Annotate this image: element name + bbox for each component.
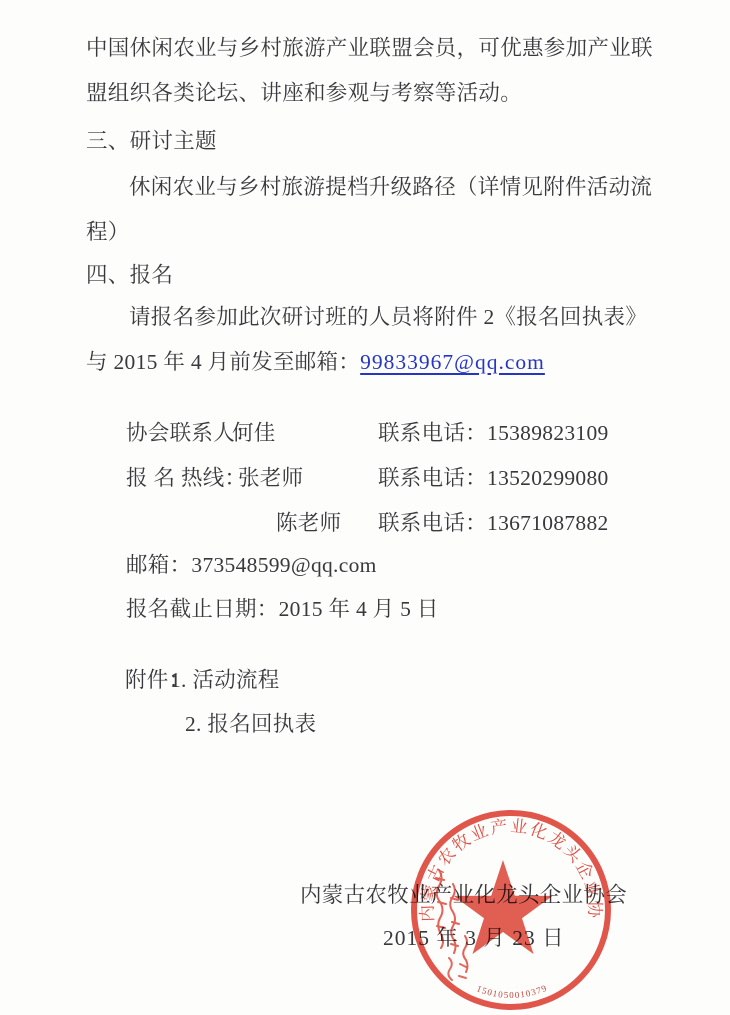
section-3-heading: 三、研讨主题 bbox=[86, 119, 652, 164]
signup-line-1: 请报名参加此次研讨班的人员将附件 2《报名回执表》 bbox=[86, 295, 652, 340]
contact-name: 陈老师 bbox=[276, 501, 341, 546]
contact-row: 报 名 热线： 张老师 联系电话：13520299080 bbox=[86, 456, 652, 501]
contact-phone-label: 联系电话： bbox=[378, 466, 487, 490]
seal-star bbox=[454, 860, 553, 954]
contact-name: 何佳 bbox=[232, 411, 276, 456]
contact-phone-number: 15389823109 bbox=[487, 421, 609, 445]
contact-label: 报 名 热线： bbox=[126, 456, 246, 501]
seal-serial-number: 1501050010379 bbox=[475, 982, 549, 1000]
attachment-line-2: 2. 报名回执表 bbox=[86, 702, 652, 746]
contact-phone-number: 13671087882 bbox=[487, 511, 609, 535]
contact-row: 协会联系人： 何佳 联系电话：15389823109 bbox=[86, 411, 652, 456]
intro-paragraph: 中国休闲农业与乡村旅游产业联盟会员，可优惠参加产业联 盟组织各类论坛、讲座和参观… bbox=[86, 26, 652, 116]
seal-mongolian-script bbox=[436, 870, 468, 972]
signup-email-link[interactable]: 99833967@qq.com bbox=[360, 350, 545, 374]
email-line-wrap: 邮箱：373548599@qq.com bbox=[86, 543, 652, 588]
intro-line-1: 中国休闲农业与乡村旅游产业联盟会员，可优惠参加产业联 bbox=[86, 26, 652, 71]
topic-line-2: 程） bbox=[86, 210, 652, 255]
signup-paragraph: 请报名参加此次研讨班的人员将附件 2《报名回执表》 与 2015 年 4 月前发… bbox=[86, 295, 652, 385]
registration-email-line: 邮箱：373548599@qq.com bbox=[126, 543, 377, 588]
topic-line-1: 休闲农业与乡村旅游提档升级路径（详情见附件活动流 bbox=[86, 165, 652, 210]
seal-texture-marks bbox=[448, 958, 466, 980]
seal-serial-wrap: 1501050010379 bbox=[475, 982, 549, 1000]
contact-name: 张老师 bbox=[238, 456, 303, 501]
intro-line-2: 盟组织各类论坛、讲座和参观与考察等活动。 bbox=[86, 71, 652, 116]
contact-phone-label: 联系电话： bbox=[378, 421, 487, 445]
official-seal: 内蒙古农牧业产业化龙头企业协会 1501050010379 bbox=[403, 806, 623, 1015]
attachment-line-1: 附件： 1. 活动流程 bbox=[86, 658, 652, 702]
contact-phone: 联系电话：15389823109 bbox=[378, 411, 609, 456]
contact-row: 陈老师 联系电话：13671087882 bbox=[86, 501, 652, 546]
deadline-line-wrap: 报名截止日期：2015 年 4 月 5 日 bbox=[86, 587, 652, 632]
deadline-line: 报名截止日期：2015 年 4 月 5 日 bbox=[126, 587, 439, 632]
contact-phone-number: 13520299080 bbox=[487, 466, 609, 490]
contact-phone: 联系电话：13520299080 bbox=[378, 456, 609, 501]
attachment-item-2: 2. 报名回执表 bbox=[185, 702, 316, 747]
section-4-heading: 四、报名 bbox=[86, 253, 652, 298]
attachments-block: 附件： 1. 活动流程 2. 报名回执表 bbox=[86, 658, 652, 746]
contacts-block: 协会联系人： 何佳 联系电话：15389823109 报 名 热线： 张老师 联… bbox=[86, 411, 652, 546]
contact-phone: 联系电话：13671087882 bbox=[378, 501, 609, 546]
contact-phone-label: 联系电话： bbox=[378, 511, 487, 535]
attachment-item-1: 1. 活动流程 bbox=[170, 658, 280, 703]
signup-line-2-text: 与 2015 年 4 月前发至邮箱： bbox=[86, 350, 360, 374]
document-page: 中国休闲农业与乡村旅游产业联盟会员，可优惠参加产业联 盟组织各类论坛、讲座和参观… bbox=[0, 0, 730, 1015]
signup-line-2: 与 2015 年 4 月前发至邮箱：99833967@qq.com bbox=[86, 340, 652, 385]
topic-paragraph: 休闲农业与乡村旅游提档升级路径（详情见附件活动流 程） bbox=[86, 165, 652, 255]
